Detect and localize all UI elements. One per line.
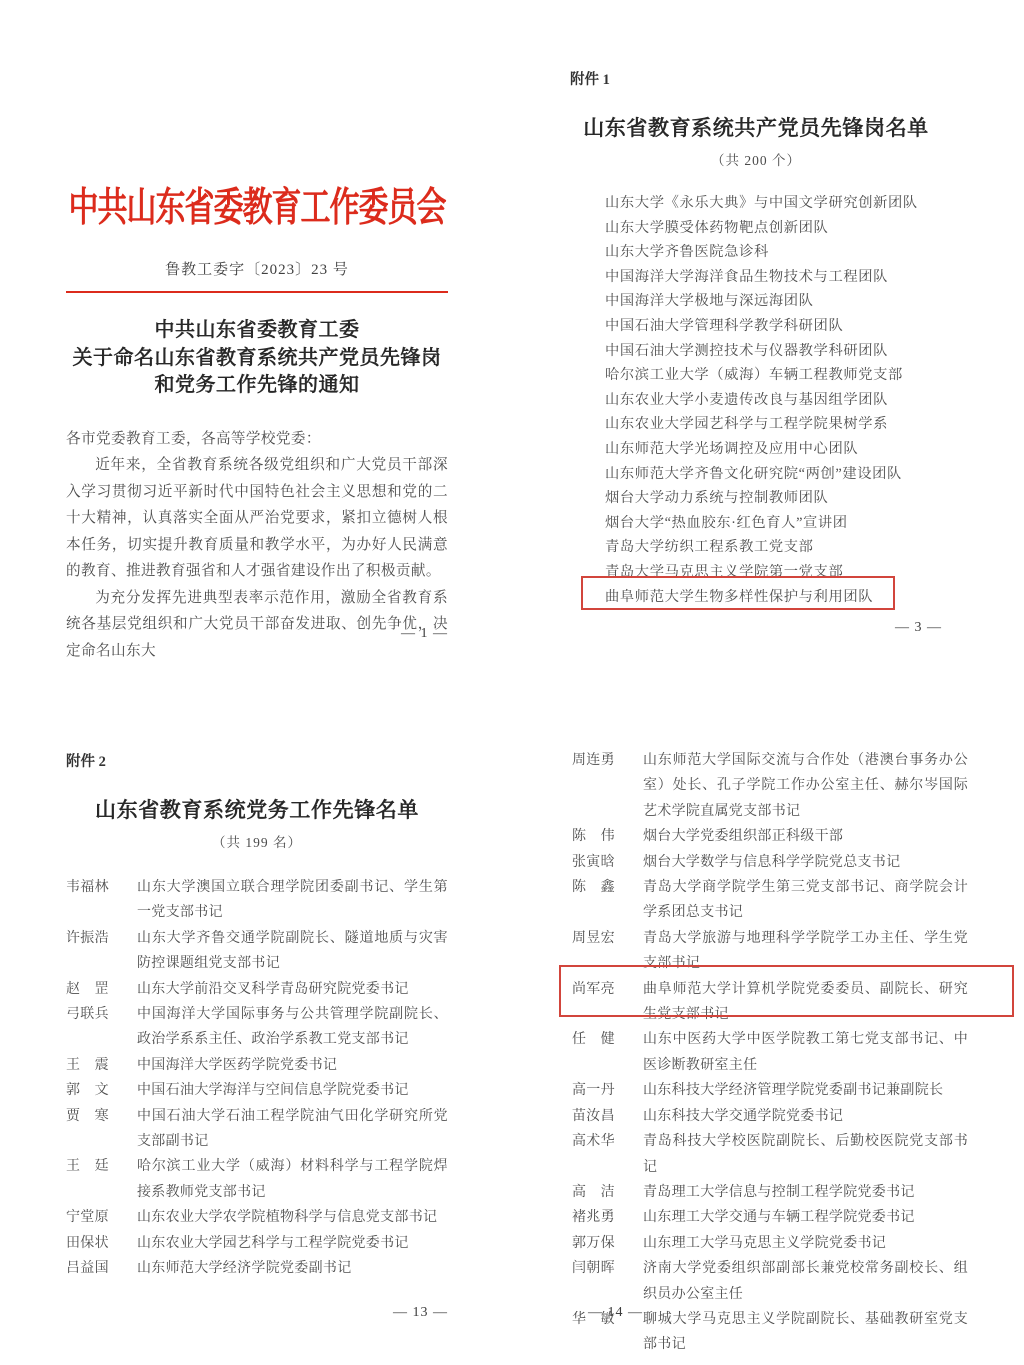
pioneer-post-item: 中国海洋大学海洋食品生物技术与工程团队 xyxy=(605,265,942,290)
person-role: 聊城大学马克思主义学院副院长、基础教研室党支部书记 xyxy=(643,1307,968,1358)
team-name: 曲阜师范大学生物多样性保护与利用团队 xyxy=(605,589,873,605)
person-name: 苗汝昌 xyxy=(572,1104,616,1129)
pioneer-entry: 闫朝晖 济南大学党委组织部副部长兼党校常务副校长、组织员办公室主任 xyxy=(572,1256,1012,1307)
person-role: 烟台大学数学与信息科学学院党总支书记 xyxy=(643,850,968,875)
pioneer-post-item: 曲阜师范大学生物多样性保护与利用团队 xyxy=(605,585,942,610)
pioneer-post-item: 中国石油大学管理科学教学科研团队 xyxy=(605,314,942,339)
pioneer-entry: 宁堂原 山东农业大学农学院植物科学与信息党支部书记 xyxy=(66,1205,448,1230)
body-paragraph-2: 为充分发挥先进典型表率示范作用，激励全省教育系统各基层党组织和广大党员干部奋发进… xyxy=(66,585,448,665)
party-pioneer-list-right: 周连勇 山东师范大学国际交流与合作处（港澳台事务办公室）处长、孔子学院工作办公室… xyxy=(572,748,1012,1358)
person-role: 山东师范大学国际交流与合作处（港澳台事务办公室）处长、孔子学院工作办公室主任、赫… xyxy=(643,748,968,824)
pioneer-post-list: 山东大学《永乐大典》与中国文学研究创新团队 山东大学膜受体药物靶点创新团队 山东… xyxy=(570,191,942,609)
pioneer-entry: 弓联兵 中国海洋大学国际事务与公共管理学院副院长、政治学系系主任、政治学系教工党… xyxy=(66,1002,448,1053)
person-name: 高术华 xyxy=(572,1129,616,1180)
person-role: 青岛大学商学院学生第三党支部书记、商学院会计学系团总支书记 xyxy=(643,875,968,926)
person-name: 褚兆勇 xyxy=(572,1205,616,1230)
person-name: 田保状 xyxy=(66,1231,110,1256)
pioneer-post-item: 哈尔滨工业大学（威海）车辆工程教师党支部 xyxy=(605,363,942,388)
person-name: 张寅晗 xyxy=(572,850,616,875)
notice-title-line-2: 关于命名山东省教育系统共产党员先锋岗 xyxy=(66,345,448,373)
team-name: 中国石油大学管理科学教学科研团队 xyxy=(605,318,843,334)
pioneer-post-item: 山东大学齐鲁医院急诊科 xyxy=(605,240,942,265)
page-number-13: — 13 — xyxy=(66,1305,448,1321)
pioneer-entry: 许振浩 山东大学齐鲁交通学院副院长、隧道地质与灾害防控课题组党支部书记 xyxy=(66,926,448,977)
pioneer-entry: 周连勇 山东师范大学国际交流与合作处（港澳台事务办公室）处长、孔子学院工作办公室… xyxy=(572,748,1012,824)
person-role: 青岛大学旅游与地理科学学院学工办主任、学生党支部书记 xyxy=(643,926,968,977)
pioneer-post-item: 山东师范大学光场调控及应用中心团队 xyxy=(605,437,942,462)
person-name: 尚军亮 xyxy=(572,977,616,1028)
person-name: 陈 鑫 xyxy=(572,875,616,926)
notice-title-line-1: 中共山东省委教育工委 xyxy=(66,317,448,345)
person-name: 闫朝晖 xyxy=(572,1256,616,1307)
team-name: 山东农业大学小麦遗传改良与基因组学团队 xyxy=(605,392,888,408)
pioneer-entry: 韦福林 山东大学澳国立联合理学院团委副书记、学生第一党支部书记 xyxy=(66,875,448,926)
team-name: 山东大学《永乐大典》与中国文学研究创新团队 xyxy=(605,195,918,211)
pioneer-post-item: 青岛大学纺织工程系教工党支部 xyxy=(605,535,942,560)
pioneer-entry: 赵 罡 山东大学前沿交叉科学青岛研究院党委书记 xyxy=(66,977,448,1002)
team-name: 山东农业大学园艺科学与工程学院果树学系 xyxy=(605,416,888,432)
pioneer-post-item: 中国石油大学测控技术与仪器教学科研团队 xyxy=(605,339,942,364)
person-role: 山东科技大学交通学院党委书记 xyxy=(643,1104,968,1129)
team-name: 青岛大学纺织工程系教工党支部 xyxy=(605,539,814,555)
pioneer-entry: 高一丹 山东科技大学经济管理学院党委副书记兼副院长 xyxy=(572,1078,1012,1103)
red-divider-rule xyxy=(66,291,448,293)
person-name: 郭万保 xyxy=(572,1231,616,1256)
pioneer-entry: 高术华 青岛科技大学校医院副院长、后勤校医院党支部书记 xyxy=(572,1129,1012,1180)
pioneer-entry: 郭万保 山东理工大学马克思主义学院党委书记 xyxy=(572,1231,1012,1256)
document-number: 鲁教工委字〔2023〕23 号 xyxy=(66,258,448,279)
team-name: 中国海洋大学极地与深远海团队 xyxy=(605,293,814,309)
person-name: 王 震 xyxy=(66,1053,110,1078)
person-role: 山东大学前沿交叉科学青岛研究院党委书记 xyxy=(137,977,448,1002)
person-role: 哈尔滨工业大学（威海）材料科学与工程学院焊接系教师党支部书记 xyxy=(137,1154,448,1205)
person-role: 青岛理工大学信息与控制工程学院党委书记 xyxy=(643,1180,968,1205)
person-role: 中国石油大学石油工程学院油气田化学研究所党支部副书记 xyxy=(137,1104,448,1155)
attachment-1-title: 山东省教育系统共产党员先锋岗名单 xyxy=(570,114,942,142)
team-name: 烟台大学动力系统与控制教师团队 xyxy=(605,490,828,506)
team-name: 烟台大学“热血胶东·红色育人”宣讲团 xyxy=(605,515,848,531)
person-name: 高 洁 xyxy=(572,1180,616,1205)
team-name: 哈尔滨工业大学（威海）车辆工程教师党支部 xyxy=(605,367,903,383)
pioneer-entry: 高 洁 青岛理工大学信息与控制工程学院党委书记 xyxy=(572,1180,1012,1205)
team-name: 山东大学齐鲁医院急诊科 xyxy=(605,244,769,260)
person-role: 山东师范大学经济学院党委副书记 xyxy=(137,1256,448,1281)
pioneer-entry: 张寅晗 烟台大学数学与信息科学学院党总支书记 xyxy=(572,850,1012,875)
pioneer-entry: 吕益国 山东师范大学经济学院党委副书记 xyxy=(66,1256,448,1281)
person-role: 山东理工大学交通与车辆工程学院党委书记 xyxy=(643,1205,968,1230)
person-name: 任 健 xyxy=(572,1027,616,1078)
person-role: 曲阜师范大学计算机学院党委委员、副院长、研究生党支部书记 xyxy=(643,977,968,1028)
pioneer-entry: 苗汝昌 山东科技大学交通学院党委书记 xyxy=(572,1104,1012,1129)
pioneer-entry: 任 健 山东中医药大学中医学院教工第七党支部书记、中医诊断教研室主任 xyxy=(572,1027,1012,1078)
pioneer-entry: 贾 寒 中国石油大学石油工程学院油气田化学研究所党支部副书记 xyxy=(66,1104,448,1155)
person-role: 烟台大学党委组织部正科级干部 xyxy=(643,824,968,849)
attachment-2-label: 附件 2 xyxy=(66,752,448,772)
person-name: 弓联兵 xyxy=(66,1002,110,1053)
pioneer-post-item: 青岛大学马克思主义学院第一党支部 xyxy=(605,560,942,585)
person-name: 许振浩 xyxy=(66,926,110,977)
person-name: 陈 伟 xyxy=(572,824,616,849)
page-number-3: — 3 — xyxy=(570,620,942,636)
pioneer-entry: 尚军亮 曲阜师范大学计算机学院党委委员、副院长、研究生党支部书记 xyxy=(572,977,1012,1028)
pioneer-post-item: 中国海洋大学极地与深远海团队 xyxy=(605,289,942,314)
person-name: 赵 罡 xyxy=(66,977,110,1002)
attachment-1-count: （共 200 个） xyxy=(570,149,942,169)
person-role: 济南大学党委组织部副部长兼党校常务副校长、组织员办公室主任 xyxy=(643,1256,968,1307)
team-name: 青岛大学马克思主义学院第一党支部 xyxy=(605,564,843,580)
page-3-attachment-1: 附件 1 山东省教育系统共产党员先锋岗名单 （共 200 个） 山东大学《永乐大… xyxy=(570,70,942,609)
body-paragraph-1: 近年来，全省教育系统各级党组织和广大党员干部深入学习贯彻习近平新时代中国特色社会… xyxy=(66,452,448,585)
pioneer-post-item: 山东农业大学小麦遗传改良与基因组学团队 xyxy=(605,388,942,413)
person-name: 贾 寒 xyxy=(66,1104,110,1155)
pioneer-entry: 陈 鑫 青岛大学商学院学生第三党支部书记、商学院会计学系团总支书记 xyxy=(572,875,1012,926)
masthead-title: 中共山东省委教育工作委员会 xyxy=(66,182,448,235)
pioneer-post-item: 烟台大学动力系统与控制教师团队 xyxy=(605,486,942,511)
team-name: 山东师范大学光场调控及应用中心团队 xyxy=(605,441,858,457)
person-name: 高一丹 xyxy=(572,1078,616,1103)
salutation-line: 各市党委教育工委，各高等学校党委： xyxy=(66,426,448,453)
person-name: 宁堂原 xyxy=(66,1205,110,1230)
pioneer-entry: 王 廷 哈尔滨工业大学（威海）材料科学与工程学院焊接系教师党支部书记 xyxy=(66,1154,448,1205)
person-name: 周昱宏 xyxy=(572,926,616,977)
pioneer-entry: 褚兆勇 山东理工大学交通与车辆工程学院党委书记 xyxy=(572,1205,1012,1230)
attachment-2-count: （共 199 名） xyxy=(66,831,448,851)
page-number-14: — 14 — xyxy=(588,1305,643,1321)
person-role: 中国海洋大学医药学院党委书记 xyxy=(137,1053,448,1078)
pioneer-entry: 陈 伟 烟台大学党委组织部正科级干部 xyxy=(572,824,1012,849)
attachment-1-label: 附件 1 xyxy=(570,70,942,90)
person-role: 山东农业大学园艺科学与工程学院党委书记 xyxy=(137,1231,448,1256)
page-1-notice: 中共山东省委教育工作委员会 鲁教工委字〔2023〕23 号 中共山东省委教育工委… xyxy=(66,182,448,664)
person-role: 山东大学澳国立联合理学院团委副书记、学生第一党支部书记 xyxy=(137,875,448,926)
team-name: 中国石油大学测控技术与仪器教学科研团队 xyxy=(605,343,888,359)
person-name: 韦福林 xyxy=(66,875,110,926)
person-role: 山东大学齐鲁交通学院副院长、隧道地质与灾害防控课题组党支部书记 xyxy=(137,926,448,977)
notice-title: 中共山东省委教育工委 关于命名山东省教育系统共产党员先锋岗 和党务工作先锋的通知 xyxy=(66,317,448,400)
team-name: 中国海洋大学海洋食品生物技术与工程团队 xyxy=(605,269,888,285)
person-role: 青岛科技大学校医院副院长、后勤校医院党支部书记 xyxy=(643,1129,968,1180)
pioneer-post-item: 烟台大学“热血胶东·红色育人”宣讲团 xyxy=(605,511,942,536)
team-name: 山东师范大学齐鲁文化研究院“两创”建设团队 xyxy=(605,466,902,482)
page-14-attachment-2-continued: 周连勇 山东师范大学国际交流与合作处（港澳台事务办公室）处长、孔子学院工作办公室… xyxy=(572,748,1012,1358)
pioneer-post-item: 山东大学《永乐大典》与中国文学研究创新团队 xyxy=(605,191,942,216)
person-role: 中国石油大学海洋与空间信息学院党委书记 xyxy=(137,1078,448,1103)
pioneer-entry: 田保状 山东农业大学园艺科学与工程学院党委书记 xyxy=(66,1231,448,1256)
page-13-attachment-2: 附件 2 山东省教育系统党务工作先锋名单 （共 199 名） 韦福林 山东大学澳… xyxy=(66,752,448,1282)
document-scan: 中共山东省委教育工作委员会 鲁教工委字〔2023〕23 号 中共山东省委教育工委… xyxy=(0,0,1024,1365)
pioneer-post-item: 山东农业大学园艺科学与工程学院果树学系 xyxy=(605,412,942,437)
person-name: 郭 文 xyxy=(66,1078,110,1103)
pioneer-post-item: 山东大学膜受体药物靶点创新团队 xyxy=(605,216,942,241)
pioneer-entry: 王 震 中国海洋大学医药学院党委书记 xyxy=(66,1053,448,1078)
person-name: 周连勇 xyxy=(572,748,616,824)
person-role: 山东科技大学经济管理学院党委副书记兼副院长 xyxy=(643,1078,968,1103)
person-role: 中国海洋大学国际事务与公共管理学院副院长、政治学系系主任、政治学系教工党支部书记 xyxy=(137,1002,448,1053)
person-role: 山东农业大学农学院植物科学与信息党支部书记 xyxy=(137,1205,448,1230)
party-pioneer-list-left: 韦福林 山东大学澳国立联合理学院团委副书记、学生第一党支部书记 许振浩 山东大学… xyxy=(66,875,448,1282)
pioneer-post-item: 山东师范大学齐鲁文化研究院“两创”建设团队 xyxy=(605,462,942,487)
pioneer-entry: 郭 文 中国石油大学海洋与空间信息学院党委书记 xyxy=(66,1078,448,1103)
person-name: 吕益国 xyxy=(66,1256,110,1281)
person-name: 王 廷 xyxy=(66,1154,110,1205)
person-role: 山东中医药大学中医学院教工第七党支部书记、中医诊断教研室主任 xyxy=(643,1027,968,1078)
pioneer-entry: 周昱宏 青岛大学旅游与地理科学学院学工办主任、学生党支部书记 xyxy=(572,926,1012,977)
team-name: 山东大学膜受体药物靶点创新团队 xyxy=(605,220,828,236)
attachment-2-title: 山东省教育系统党务工作先锋名单 xyxy=(66,796,448,824)
page-number-1: — 1 — xyxy=(66,626,448,642)
notice-title-line-3: 和党务工作先锋的通知 xyxy=(66,372,448,400)
person-role: 山东理工大学马克思主义学院党委书记 xyxy=(643,1231,968,1256)
